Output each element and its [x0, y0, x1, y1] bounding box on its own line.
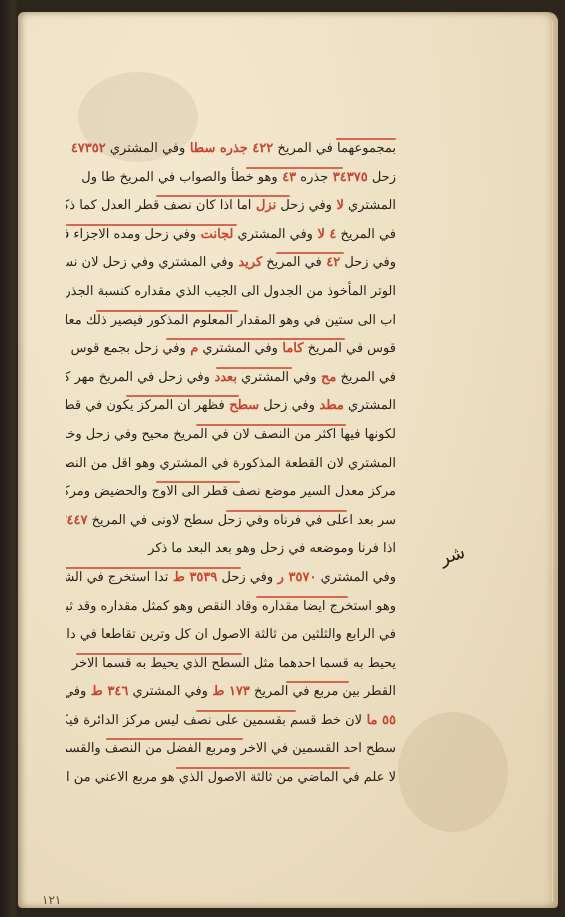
line-text: وهو خطأ والصواب في المريخ طا ول — [81, 170, 277, 185]
paper-stain — [398, 712, 508, 832]
rubric-overline — [216, 367, 292, 369]
manuscript-line: سر بعد اعلى في فرناه وفي زحل سطح لاونى ف… — [66, 507, 396, 536]
line-text: وفي زحل في المريخ مهر كم وفي — [66, 370, 210, 385]
rubric-numeral: كريد — [234, 255, 262, 270]
rubric-overline — [156, 481, 240, 483]
rubric-overline — [196, 710, 296, 712]
line-text: في الرابع والثلثين من ثالثة الاصول ان كل… — [66, 627, 396, 642]
manuscript-line: سطح احد القسمين في الاخر ومربع الفضل من … — [66, 735, 396, 764]
rubric-numeral: ٣٤٤٧ نا — [66, 513, 88, 528]
rubric-numeral: ٤٢ — [322, 255, 341, 270]
line-text: الوتر المأخوذ من الجدول الى الجيب الذي م… — [66, 284, 396, 299]
rubric-overline — [96, 310, 238, 312]
line-text: وفي زحل — [340, 255, 396, 270]
line-text: وفي المشتري — [106, 141, 186, 156]
line-text: وفي المشتري — [237, 370, 317, 385]
manuscript-line: القطر بين مربع في المريخ ١٧٣ ط وفي المشت… — [66, 678, 396, 707]
line-text: وفي زحل — [217, 570, 273, 585]
rubric-numeral: بعدد — [210, 370, 237, 385]
line-text: وفي زحل ومده الاجزاء في المريخ — [66, 227, 196, 242]
line-text: وفي المشتري وفي زحل لان نسبة — [66, 255, 234, 270]
rubric-numeral: لجانت — [196, 227, 233, 242]
manuscript-line: مركز معدل السير موضع نصف قطر الى الاوج و… — [66, 478, 396, 507]
line-text: المشتري — [344, 198, 396, 213]
rubric-overline — [196, 424, 346, 426]
line-text: وفي المشتري — [233, 227, 313, 242]
rubric-numeral: ٥٥ ما — [362, 713, 396, 728]
manuscript-line: المشتري لا وفي زحل نزل اما اذا كان نصف ق… — [66, 192, 396, 221]
rubric-numeral: ١٧٣ ط — [208, 684, 250, 699]
rubric-numeral: ٤ لا — [313, 227, 336, 242]
line-text: يحيط به قسما احدهما مثل السطح الذي يحيط … — [72, 656, 396, 671]
line-text: وفي زحل — [259, 398, 315, 413]
main-text-block: بمجموعهما في المريخ ٤٢٢ جذره سطا وفي الم… — [66, 135, 396, 793]
line-text: المشتري — [344, 398, 396, 413]
manuscript-line: قوس في المريخ كاما وفي المشتري م وفي زحل… — [66, 335, 396, 364]
line-text: وهو استخرج ايضا مقداره وقاد النقص وهو كم… — [66, 599, 396, 614]
manuscript-line: اذا فرنا وموضعه في زحل وهو بعد البعد ما … — [66, 535, 396, 564]
line-text: سر بعد اعلى في فرناه وفي زحل سطح لاونى ف… — [88, 513, 396, 528]
line-text: بمجموعهما في المريخ — [273, 141, 396, 156]
rubric-numeral: م — [186, 341, 199, 356]
manuscript-line: في المريخ مح وفي المشتري بعدد وفي زحل في… — [66, 364, 396, 393]
rubric-numeral: نزل — [251, 198, 276, 213]
manuscript-line: وهو استخرج ايضا مقداره وقاد النقص وهو كم… — [66, 593, 396, 622]
rubric-overline — [176, 767, 350, 769]
rubric-numeral: ٣٤٦ ط — [86, 684, 128, 699]
rubric-overline — [76, 653, 242, 655]
manuscript-line: في المريخ ٤ لا وفي المشتري لجانت وفي زحل… — [66, 221, 396, 250]
rubric-overline — [66, 224, 237, 226]
line-text: في المريخ — [262, 255, 322, 270]
line-text: زحل — [368, 170, 396, 185]
line-text: وفي زحل — [66, 684, 86, 699]
line-text: لان خط قسم بقسمين على نصف ليس مركز الدائ… — [66, 713, 362, 728]
rubric-overline — [336, 138, 396, 140]
rubric-numeral: ٣٤٣٧٥ — [328, 170, 367, 185]
manuscript-line: بمجموعهما في المريخ ٤٢٢ جذره سطا وفي الم… — [66, 135, 396, 164]
line-text: وفي المشتري — [128, 684, 208, 699]
line-text: جذره — [296, 170, 328, 185]
rubric-numeral: لا — [332, 198, 344, 213]
manuscript-line: لا علم في الماضي من ثالثة الاصول الذي هو… — [66, 764, 396, 793]
rubric-numeral: ٤٧٣٥٢ — [66, 141, 105, 156]
rubric-overline — [66, 567, 241, 569]
rubric-overline — [166, 338, 345, 340]
manuscript-line: المشتري لان القطعة المذكورة في المشتري و… — [66, 450, 396, 479]
manuscript-line: في الرابع والثلثين من ثالثة الاصول ان كل… — [66, 621, 396, 650]
manuscript-line: يحيط به قسما احدهما مثل السطح الذي يحيط … — [66, 650, 396, 679]
line-text: اذا فرنا وموضعه في زحل وهو بعد البعد ما … — [148, 541, 396, 556]
line-text: المشتري لان القطعة المذكورة في المشتري و… — [66, 456, 396, 471]
manuscript-line: وفي المشتري ٣٥٧٠ ر وفي زحل ٣٥٣٩ ط تدا اس… — [66, 564, 396, 593]
line-text: تدا استخرج في الشكل المتقدم — [66, 570, 168, 585]
manuscript-line: الوتر المأخوذ من الجدول الى الجيب الذي م… — [66, 278, 396, 307]
rubric-numeral: كاما — [278, 341, 304, 356]
line-text: في المريخ — [336, 227, 396, 242]
rubric-numeral: ٣٥٣٩ ط — [168, 570, 217, 585]
manuscript-line: لكونها فيها اكثر من النصف لان في المريخ … — [66, 421, 396, 450]
line-text: وفي زحل — [276, 198, 332, 213]
line-text: القطر بين مربع في المريخ — [250, 684, 396, 699]
line-text: سطح احد القسمين في الاخر ومربع الفضل من … — [66, 741, 396, 756]
page-edge — [551, 22, 554, 902]
manuscript-line: ٥٥ ما لان خط قسم بقسمين على نصف ليس مركز… — [66, 707, 396, 736]
line-text: مركز معدل السير موضع نصف قطر الى الاوج و… — [66, 484, 396, 499]
rubric-overline — [256, 596, 348, 598]
rubric-overline — [226, 510, 347, 512]
manuscript-line: زحل ٣٤٣٧٥ جذره ٤٣ وهو خطأ والصواب في الم… — [66, 164, 396, 193]
manuscript-line: اب الى ستين في وهو المقدار المعلوم المذك… — [66, 307, 396, 336]
manuscript-line: وفي زحل ٤٢ في المريخ كريد وفي المشتري وف… — [66, 249, 396, 278]
rubric-numeral: ٤٢٢ جذره سطا — [185, 141, 273, 156]
rubric-numeral: مح — [317, 370, 337, 385]
line-text: وفي المشتري — [316, 570, 396, 585]
folio-number: ١٢١ — [42, 893, 61, 907]
rubric-numeral: سطح — [225, 398, 259, 413]
line-text: وفي زحل بجمع قوس اب حل — [66, 341, 186, 356]
rubric-numeral: ٣٥٧٠ ر — [273, 570, 316, 585]
line-text: قوس في المريخ — [303, 341, 396, 356]
rubric-overline — [156, 195, 290, 197]
line-text: لكونها فيها اكثر من النصف لان في المريخ … — [66, 427, 396, 442]
line-text: لا علم في الماضي من ثالثة الاصول الذي هو… — [66, 770, 396, 785]
rubric-numeral: مطد — [315, 398, 344, 413]
line-text: في المريخ — [336, 370, 396, 385]
line-text: فظهر ان المركز يكون في قطعة احد في المري… — [66, 398, 225, 413]
rubric-overline — [286, 681, 349, 683]
line-text: وفي المشتري — [198, 341, 278, 356]
line-text: اما اذا كان نصف قطر العدل كما ذكرت — [66, 198, 251, 213]
manuscript-line: المشتري مطد وفي زحل سطح فظهر ان المركز ي… — [66, 392, 396, 421]
line-text: اب الى ستين في وهو المقدار المعلوم المذك… — [66, 313, 396, 328]
rubric-overline — [246, 167, 343, 169]
rubric-numeral: ٤٣ — [278, 170, 297, 185]
